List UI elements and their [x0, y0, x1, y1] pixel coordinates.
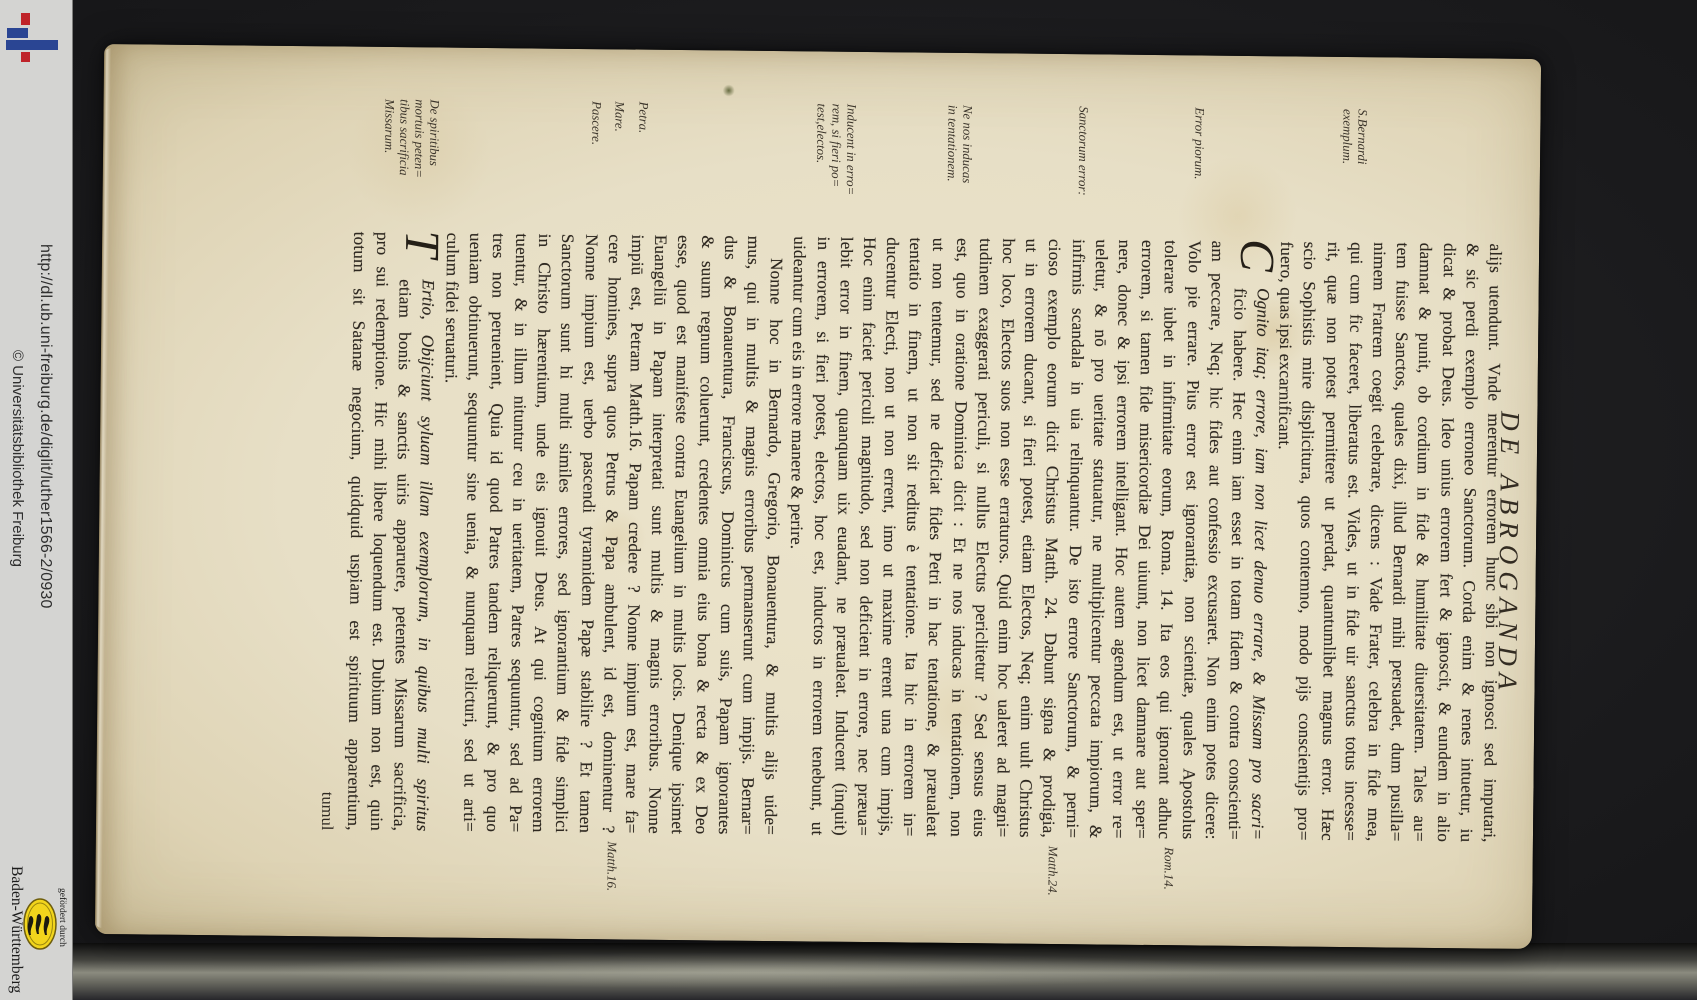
region-label: Baden-Württemberg	[7, 866, 25, 993]
copyright-text: © Universitätsbibliothek Freiburg	[9, 350, 26, 567]
margin-note: Sanctorum error:	[1075, 106, 1091, 234]
margin-note-line: Sanctorum error:	[1075, 106, 1091, 234]
margin-note: Pascere.	[587, 101, 603, 229]
margin-note: De spiritibusmortuis peten=tibus sacrifi…	[380, 99, 441, 228]
digitized-scan-viewport: http://dl.ub.uni-freiburg.de/diglit/luth…	[0, 0, 1697, 1000]
margin-note-line: mortuis peten=	[410, 99, 426, 227]
margin-note-line: De spiritibus	[425, 99, 441, 227]
margin-note-line: Inducent in erro=	[843, 104, 859, 232]
margin-note-line: rem, si fieri po=	[828, 104, 844, 232]
logo-blue-bar-short	[7, 28, 28, 38]
library-sidebar: http://dl.ub.uni-freiburg.de/diglit/luth…	[0, 0, 73, 1000]
margin-note-line: Matth.16.	[603, 841, 619, 935]
drop-cap-initial: T	[399, 230, 445, 276]
margin-note-line: Matth.24.	[1044, 846, 1060, 940]
margin-note: Error piorum.	[1191, 107, 1207, 235]
logo-red-block-top	[21, 13, 30, 25]
margin-note-line: Mare.	[611, 101, 627, 229]
catchword: tumul	[317, 650, 339, 830]
margin-note: Matth.24.	[1044, 846, 1060, 940]
margin-note-line: tibus sacrificia	[395, 99, 411, 227]
book-page-scan: DE ABROGANDA alijs utendunt. Vnde merent…	[95, 44, 1541, 949]
funding-label: gefördert durch	[57, 888, 67, 947]
right-margin-notes: Rom.14.Matth.24.Matth.16.	[1532, 59, 1541, 949]
margin-note: Petra.	[634, 102, 650, 230]
left-margin-notes: S.Bernardiexemplum.Error piorum.Sanctoru…	[1532, 59, 1541, 949]
margin-note-line: Petra.	[634, 102, 650, 230]
text-block: alijs utendunt. Vnde merentur errorem hu…	[342, 232, 1508, 843]
margin-note-line: test,electos.	[813, 103, 829, 231]
margin-note-line: Error piorum.	[1191, 107, 1207, 235]
margin-note-line: Ne nos inducas	[959, 105, 975, 233]
margin-note-line: Pascere.	[587, 101, 603, 229]
margin-note: Ne nos inducasin tentationem.	[944, 105, 975, 233]
margin-note: Mare.	[611, 101, 627, 229]
margin-note-line: Rom.14.	[1160, 847, 1176, 941]
margin-note: S.Bernardiexemplum.	[1338, 109, 1369, 237]
scanner-bed	[72, 943, 1697, 1000]
margin-note-line: in tentationem.	[944, 105, 960, 233]
ub-freiburg-logo-icon	[0, 0, 72, 72]
baden-wuerttemberg-crest-icon	[23, 898, 57, 950]
margin-note-line: Missarum.	[380, 99, 396, 227]
margin-note: Matth.16.	[603, 841, 619, 935]
logo-red-block-bottom	[21, 52, 30, 62]
source-url: http://dl.ub.uni-freiburg.de/diglit/luth…	[36, 244, 54, 609]
margin-note-line: S.Bernardi	[1353, 109, 1369, 237]
margin-note: Inducent in erro=rem, si fieri po=test,e…	[813, 103, 859, 231]
margin-note-line: exemplum.	[1338, 109, 1354, 237]
logo-blue-bar-long	[6, 40, 58, 50]
margin-note: Rom.14.	[1160, 847, 1176, 941]
drop-cap-initial: C	[1234, 239, 1280, 285]
